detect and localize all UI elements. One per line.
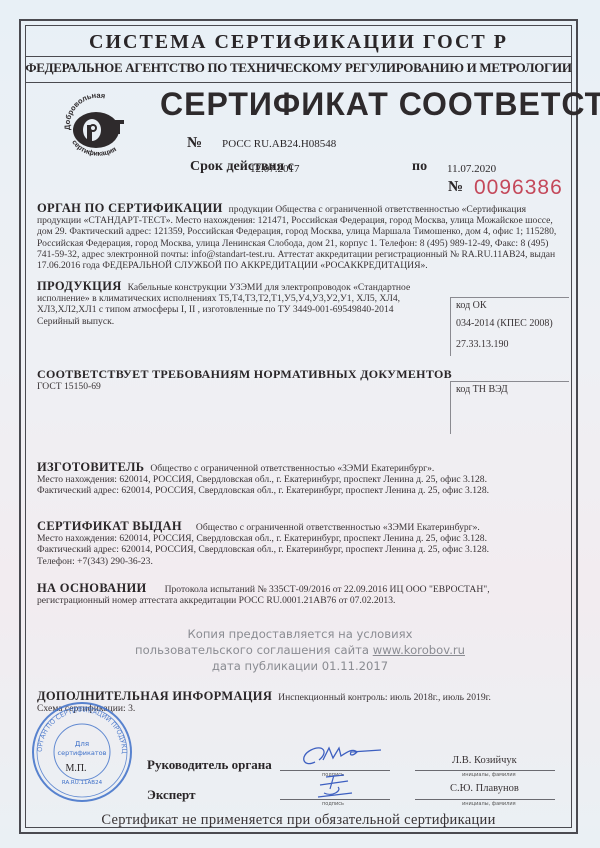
ok-code-label: код ОК <box>456 300 487 311</box>
issued-to-location: Место нахождения: 620014, РОССИЯ, Свердл… <box>37 533 487 544</box>
expert-signature-icon <box>312 771 362 801</box>
expert-name: С.Ю. Плавунов <box>450 783 519 794</box>
head-signature-icon <box>293 742 383 770</box>
section-heading: ОРГАН ПО СЕРТИФИКАЦИИ <box>37 201 223 215</box>
header-divider <box>25 56 572 57</box>
signature-caption: подпись <box>322 801 344 807</box>
section-heading: СООТВЕТСТВУЕТ ТРЕБОВАНИЯМ НОРМАТИВНЫХ ДО… <box>37 369 561 380</box>
stamp-mp-label: М.П. <box>65 763 86 774</box>
official-stamp-icon: ОРГАН ПО СЕРТИФИКАЦИИ ПРОДУКЦИИ Для серт… <box>30 700 134 804</box>
inspection-control: Инспекционный контроль: июль 2018г., июл… <box>278 692 491 703</box>
product-section: ПРОДУКЦИЯКабельные конструкции УЗЭМИ для… <box>37 281 435 327</box>
basis-protocol: Протокола испытаний № 335СТ-09/2016 от 2… <box>165 584 490 595</box>
name-caption: инициалы, фамилия <box>462 772 516 778</box>
issued-to-phone: Телефон: +7(343) 290-36-23. <box>37 556 153 567</box>
header-divider <box>25 82 572 83</box>
ok-code-value: 27.33.13.190 <box>456 339 509 350</box>
section-heading: ИЗГОТОВИТЕЛЬ <box>37 460 144 474</box>
certificate-number: РОСС RU.АВ24.Н08548 <box>222 138 336 150</box>
ok-code-value: 034-2014 (КПЕС 2008) <box>456 318 553 329</box>
manufacturer-address: Фактический адрес: 620014, РОССИЯ, Сверд… <box>37 485 489 496</box>
issued-to-address: Фактический адрес: 620014, РОССИЯ, Сверд… <box>37 544 489 555</box>
head-of-body-label: Руководитель органа <box>147 757 272 773</box>
manufacturer-section: ИЗГОТОВИТЕЛЬОбщество с ограниченной отве… <box>37 462 567 497</box>
basis-accreditation: регистрационный номер аттестата аккредит… <box>37 595 395 606</box>
section-heading: НА ОСНОВАНИИ <box>37 581 147 595</box>
name-caption: инициалы, фамилия <box>462 801 516 807</box>
stamp-reg-number: RA.RU.11АВ24 <box>62 780 103 786</box>
valid-to-label: по <box>412 159 427 175</box>
copy-notice-line: Копия предоставляется на условиях <box>120 626 480 642</box>
rst-logo-icon: Добровольная сертификация <box>62 92 134 164</box>
publication-date: дата публикации 01.11.2017 <box>120 658 480 674</box>
document-title: СЕРТИФИКАТ СООТВЕТСТВИЯ <box>160 86 600 123</box>
release-type: Серийный выпуск. <box>37 316 114 327</box>
manufacturer-name: Общество с ограниченной ответственностью… <box>150 463 434 474</box>
standard-reference: ГОСТ 15150-69 <box>37 381 101 392</box>
certification-body-section: ОРГАН ПО СЕРТИФИКАЦИИпродукции Общества … <box>37 203 567 271</box>
name-line <box>415 770 555 771</box>
basis-section: НА ОСНОВАНИИПротокола испытаний № 335СТ-… <box>37 583 567 606</box>
issued-to-section: СЕРТИФИКАТ ВЫДАНОбщество с ограниченной … <box>37 521 567 567</box>
website-link[interactable]: www.korobov.ru <box>373 643 465 657</box>
name-line <box>415 799 555 800</box>
serial-number-label: № <box>448 179 463 196</box>
stamp-text: Для <box>75 740 89 748</box>
copy-notice: Копия предоставляется на условиях пользо… <box>120 626 480 674</box>
certificate-sheet: СИСТЕМА СЕРТИФИКАЦИИ ГОСТ Р ФЕДЕРАЛЬНОЕ … <box>0 0 600 848</box>
expert-label: Эксперт <box>147 787 195 803</box>
system-title: СИСТЕМА СЕРТИФИКАЦИИ ГОСТ Р <box>25 31 572 54</box>
manufacturer-location: Место нахождения: 620014, РОССИЯ, Свердл… <box>37 474 487 485</box>
valid-from-date: 12.07.2017 <box>250 163 300 175</box>
agency-title: ФЕДЕРАЛЬНОЕ АГЕНТСТВО ПО ТЕХНИЧЕСКОМУ РЕ… <box>25 60 572 76</box>
footer-note: Сертификат не применяется при обязательн… <box>25 812 572 829</box>
head-name: Л.В. Козийчук <box>452 755 517 766</box>
certificate-number-label: № <box>187 135 202 152</box>
section-heading: ПРОДУКЦИЯ <box>37 279 122 293</box>
section-heading: СЕРТИФИКАТ ВЫДАН <box>37 519 182 533</box>
valid-to-date: 11.07.2020 <box>447 163 496 175</box>
issued-to-name: Общество с ограниченной ответственностью… <box>196 522 480 533</box>
conformity-section: СООТВЕТСТВУЕТ ТРЕБОВАНИЯМ НОРМАТИВНЫХ ДО… <box>37 369 567 392</box>
copy-notice-line: пользовательского соглашения сайта <box>135 643 373 657</box>
serial-number: 0096386 <box>474 176 563 200</box>
stamp-text: сертификатов <box>58 749 107 757</box>
ok-code-box: код ОК 034-2014 (КПЕС 2008) 27.33.13.190 <box>450 297 569 356</box>
